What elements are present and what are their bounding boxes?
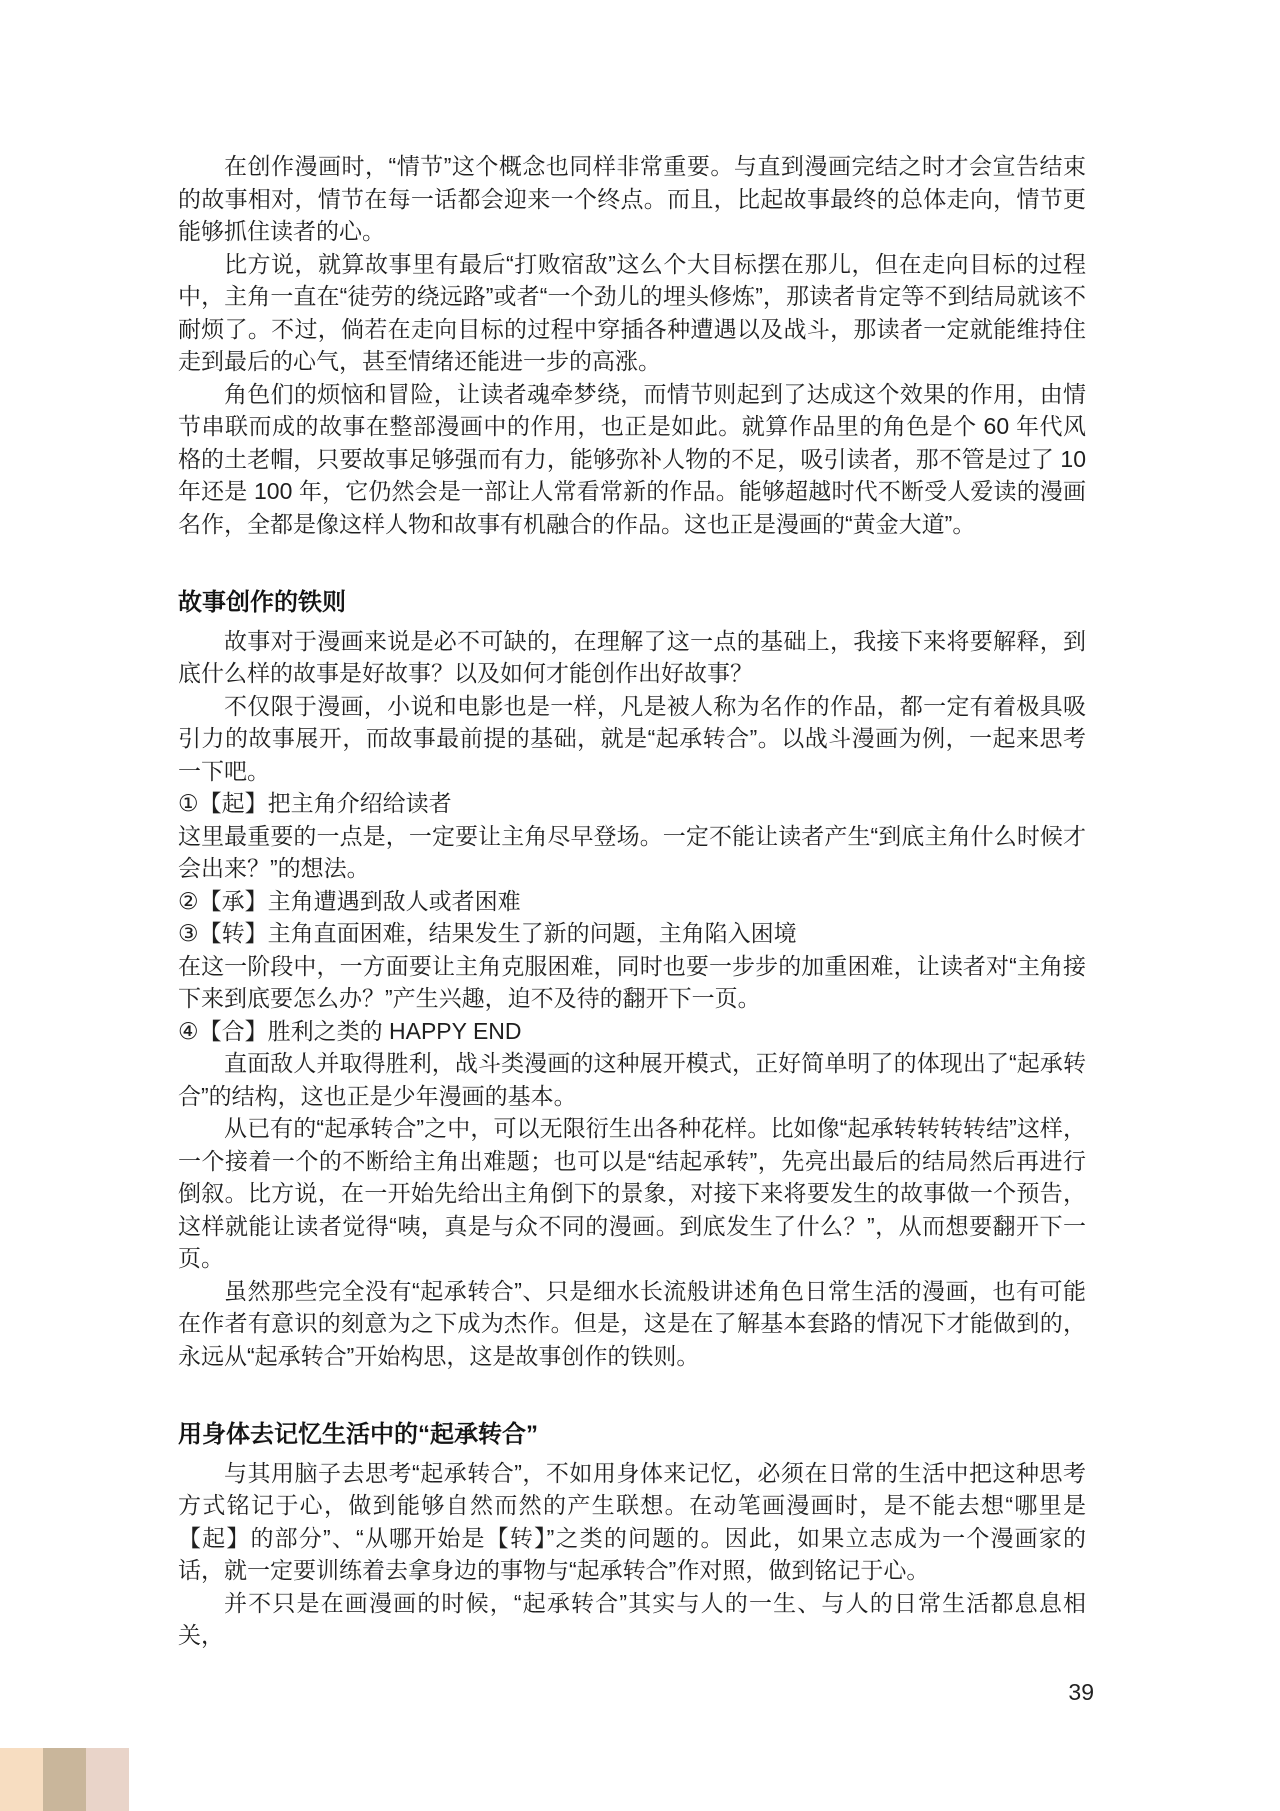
- body-paragraph: 并不只是在画漫画的时候，“起承转合”其实与人的一生、与人的日常生活都息息相关，: [178, 1587, 1086, 1652]
- body-paragraph: 不仅限于漫画，小说和电影也是一样，凡是被人称为名作的作品，都一定有着极具吸引力的…: [178, 690, 1086, 788]
- swatch-tan: [43, 1748, 86, 1811]
- step-line-zhuan: ③【转】主角直面困难，结果发生了新的问题，主角陷入困境: [178, 917, 1086, 950]
- step-line-he: ④【合】胜利之类的 HAPPY END: [178, 1015, 1086, 1048]
- footer-color-swatches: [0, 1748, 129, 1811]
- section-heading: 故事创作的铁则: [178, 587, 1086, 620]
- body-paragraph: 角色们的烦恼和冒险，让读者魂牵梦绕，而情节则起到了达成这个效果的作用，由情节串联…: [178, 378, 1086, 541]
- step-line-cheng: ②【承】主角遭遇到敌人或者困难: [178, 885, 1086, 918]
- body-paragraph: 比方说，就算故事里有最后“打败宿敌”这么个大目标摆在那儿，但在走向目标的过程中，…: [178, 248, 1086, 378]
- body-paragraph: 在这一阶段中，一方面要让主角克服困难，同时也要一步步的加重困难，让读者对“主角接…: [178, 950, 1086, 1015]
- body-paragraph: 与其用脑子去思考“起承转合”，不如用身体来记忆，必须在日常的生活中把这种思考方式…: [178, 1457, 1086, 1587]
- body-paragraph: 这里最重要的一点是，一定要让主角尽早登场。一定不能让读者产生“到底主角什么时候才…: [178, 820, 1086, 885]
- section-heading: 用身体去记忆生活中的“起承转合”: [178, 1419, 1086, 1452]
- body-paragraph: 故事对于漫画来说是必不可缺的，在理解了这一点的基础上，我接下来将要解释，到底什么…: [178, 625, 1086, 690]
- book-page: 在创作漫画时，“情节”这个概念也同样非常重要。与直到漫画完结之时才会宣告结束的故…: [0, 0, 1280, 1811]
- page-number: 39: [1036, 1678, 1094, 1706]
- swatch-rose: [86, 1748, 129, 1811]
- page-content: 在创作漫画时，“情节”这个概念也同样非常重要。与直到漫画完结之时才会宣告结束的故…: [178, 150, 1086, 1652]
- body-paragraph: 虽然那些完全没有“起承转合”、只是细水长流般讲述角色日常生活的漫画，也有可能在作…: [178, 1275, 1086, 1373]
- body-paragraph: 直面敌人并取得胜利，战斗类漫画的这种展开模式，正好简单明了的体现出了“起承转合”…: [178, 1047, 1086, 1112]
- body-paragraph: 在创作漫画时，“情节”这个概念也同样非常重要。与直到漫画完结之时才会宣告结束的故…: [178, 150, 1086, 248]
- step-line-qi: ①【起】把主角介绍给读者: [178, 787, 1086, 820]
- body-paragraph: 从已有的“起承转合”之中，可以无限衍生出各种花样。比如像“起承转转转转结”这样，…: [178, 1112, 1086, 1275]
- swatch-peach: [0, 1748, 43, 1811]
